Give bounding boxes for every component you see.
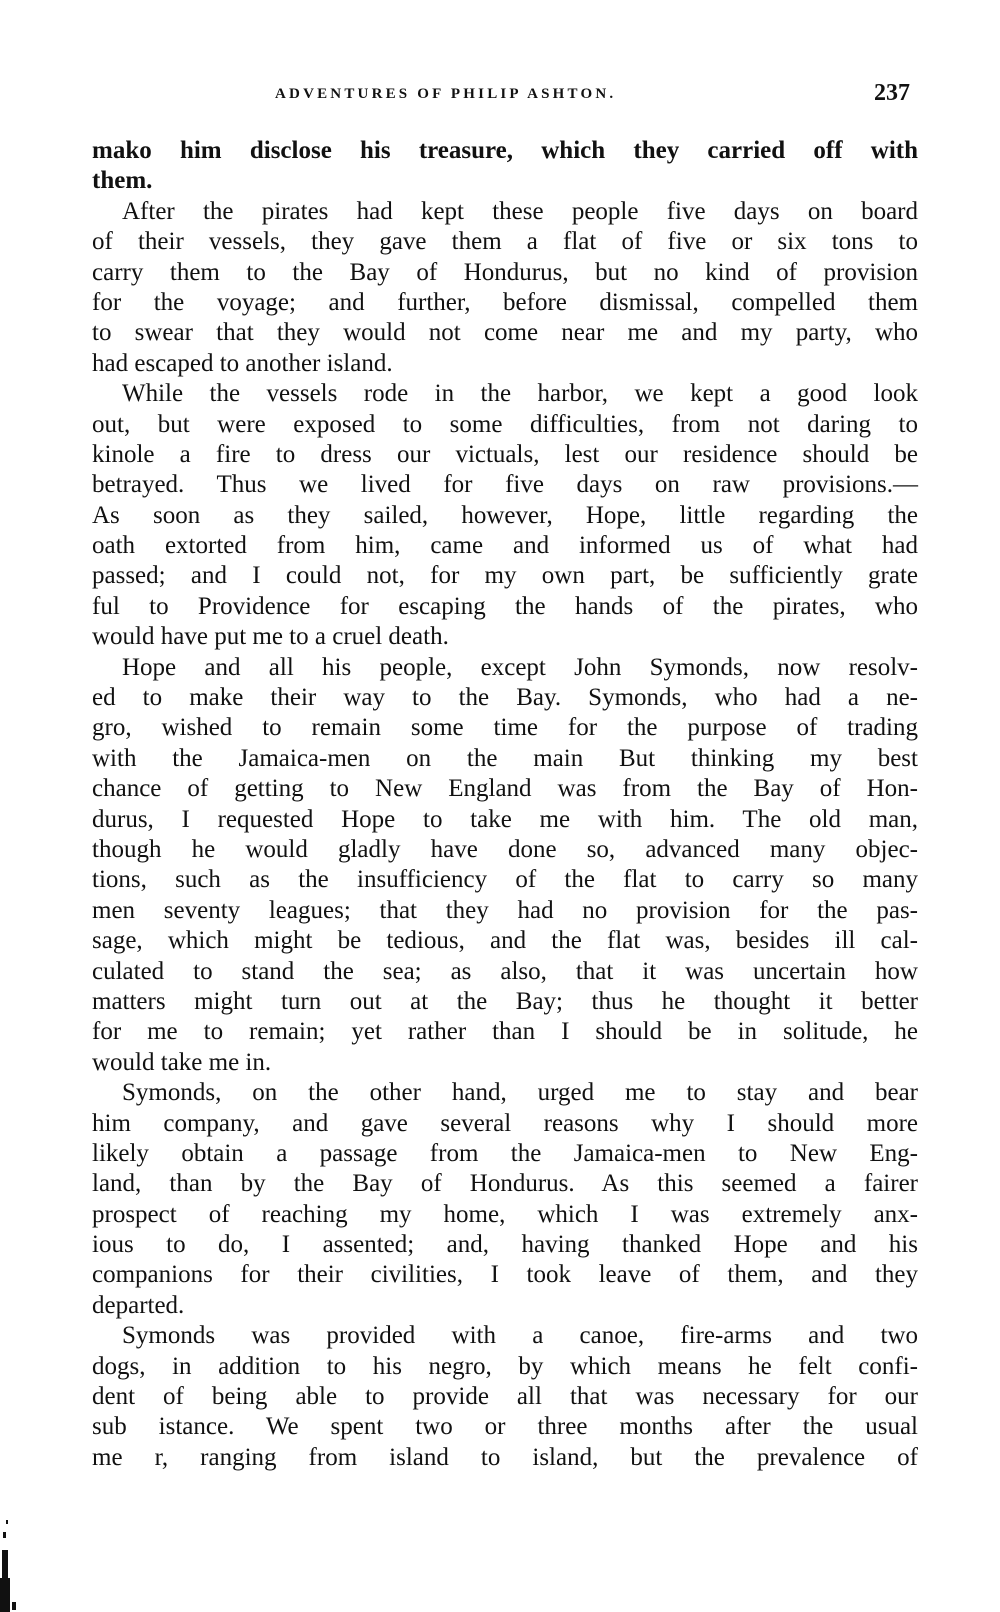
text-line: for me to remain; yet rather than I shou… <box>92 1017 918 1047</box>
text-line: to swear that they would not come near m… <box>92 318 918 348</box>
text-line: carry them to the Bay of Hondurus, but n… <box>92 258 918 288</box>
book-page: ADVENTURES OF PHILIP ASHTON. 237 mako hi… <box>0 0 1000 1612</box>
text-line: While the vessels rode in the harbor, we… <box>92 379 918 409</box>
text-line: Symonds was provided with a canoe, fire-… <box>92 1321 918 1351</box>
text-line: out, but were exposed to some difficulti… <box>92 410 918 440</box>
text-line: would have put me to a cruel death. <box>92 622 918 652</box>
text-line: ful to Providence for escaping the hands… <box>92 592 918 622</box>
text-line: prospect of reaching my home, which I wa… <box>92 1200 918 1230</box>
text-line: likely obtain a passage from the Jamaica… <box>92 1139 918 1169</box>
text-line: of their vessels, they gave them a flat … <box>92 227 918 257</box>
text-line: sub istance. We spent two or three month… <box>92 1412 918 1442</box>
text-line: After the pirates had kept these people … <box>92 197 918 227</box>
text-line: gro, wished to remain some time for the … <box>92 713 918 743</box>
running-title: ADVENTURES OF PHILIP ASHTON. <box>275 84 616 104</box>
text-line: men seventy leagues; that they had no pr… <box>92 896 918 926</box>
text-line: dent of being able to provide all that w… <box>92 1382 918 1412</box>
text-line: land, than by the Bay of Hondurus. As th… <box>92 1169 918 1199</box>
text-line: ious to do, I assented; and, having than… <box>92 1230 918 1260</box>
text-line: mako him disclose his treasure, which th… <box>92 136 918 166</box>
text-line: chance of getting to New England was fro… <box>92 774 918 804</box>
text-line: Hope and all his people, except John Sym… <box>92 653 918 683</box>
text-line: As soon as they sailed, however, Hope, l… <box>92 501 918 531</box>
text-line: sage, which might be tedious, and the fl… <box>92 926 918 956</box>
text-line: would take me in. <box>92 1048 918 1078</box>
text-line: though he would gladly have done so, adv… <box>92 835 918 865</box>
text-line: them. <box>92 166 918 196</box>
scan-artifact <box>0 1540 16 1612</box>
running-head: ADVENTURES OF PHILIP ASHTON. 237 <box>92 84 918 106</box>
text-line: matters might turn out at the Bay; thus … <box>92 987 918 1017</box>
text-line: passed; and I could not, for my own part… <box>92 561 918 591</box>
text-line: him company, and gave several reasons wh… <box>92 1109 918 1139</box>
text-line: departed. <box>92 1291 918 1321</box>
text-line: dogs, in addition to his negro, by which… <box>92 1352 918 1382</box>
text-line: with the Jamaica-men on the main But thi… <box>92 744 918 774</box>
text-line: Symonds, on the other hand, urged me to … <box>92 1078 918 1108</box>
text-line: for the voyage; and further, before dism… <box>92 288 918 318</box>
text-line: kinole a fire to dress our victuals, les… <box>92 440 918 470</box>
text-line: companions for their civilities, I took … <box>92 1260 918 1290</box>
text-line: culated to stand the sea; as also, that … <box>92 957 918 987</box>
text-line: oath extorted from him, came and informe… <box>92 531 918 561</box>
text-line: ed to make their way to the Bay. Symonds… <box>92 683 918 713</box>
text-line: me r, ranging from island to island, but… <box>92 1443 918 1473</box>
text-line: had escaped to another island. <box>92 349 918 379</box>
text-line: betrayed. Thus we lived for five days on… <box>92 470 918 500</box>
page-number: 237 <box>874 80 910 106</box>
body-text: mako him disclose his treasure, which th… <box>92 136 918 1473</box>
text-line: durus, I requested Hope to take me with … <box>92 805 918 835</box>
text-line: tions, such as the insufficiency of the … <box>92 865 918 895</box>
